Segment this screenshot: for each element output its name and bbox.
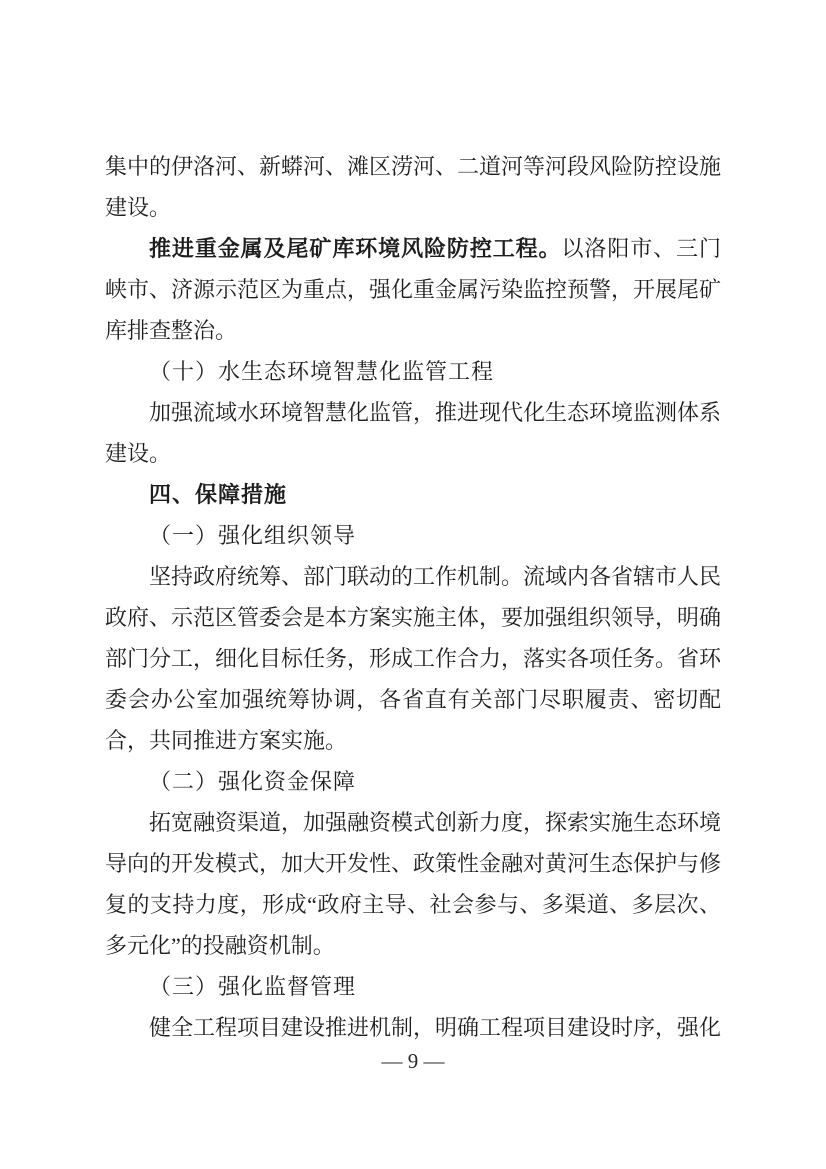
section-heading: （一）强化组织领导 <box>105 515 721 556</box>
paragraph: 推进重金属及尾矿库环境风险防控工程。以洛阳市、三门峡市、济源示范区为重点，强化重… <box>105 228 721 351</box>
paragraph: 加强流域水环境智慧化监管，推进现代化生态环境监测体系建设。 <box>105 392 721 474</box>
paragraph: 拓宽融资渠道，加强融资模式创新力度，探索实施生态环境导向的开发模式，加大开发性、… <box>105 802 721 966</box>
document-content: 集中的伊洛河、新蟒河、滩区涝河、二道河等河段风险防控设施建设。推进重金属及尾矿库… <box>105 146 721 1048</box>
section-heading: （十）水生态环境智慧化监管工程 <box>105 351 721 392</box>
paragraph: 坚持政府统筹、部门联动的工作机制。流域内各省辖市人民政府、示范区管委会是本方案实… <box>105 556 721 761</box>
section-heading: （二）强化资金保障 <box>105 761 721 802</box>
paragraph-bold-lead: 推进重金属及尾矿库环境风险防控工程。 <box>149 236 561 261</box>
page-footer: — 9 — <box>0 1046 826 1076</box>
paragraph: 集中的伊洛河、新蟒河、滩区涝河、二道河等河段风险防控设施建设。 <box>105 146 721 228</box>
paragraph: 健全工程项目建设推进机制，明确工程项目建设时序，强化 <box>105 1007 721 1048</box>
section-heading: 四、保障措施 <box>105 474 721 515</box>
section-heading: （三）强化监督管理 <box>105 966 721 1007</box>
document-page: 集中的伊洛河、新蟒河、滩区涝河、二道河等河段风险防控设施建设。推进重金属及尾矿库… <box>0 0 826 1169</box>
page-number: — 9 — <box>382 1049 445 1073</box>
